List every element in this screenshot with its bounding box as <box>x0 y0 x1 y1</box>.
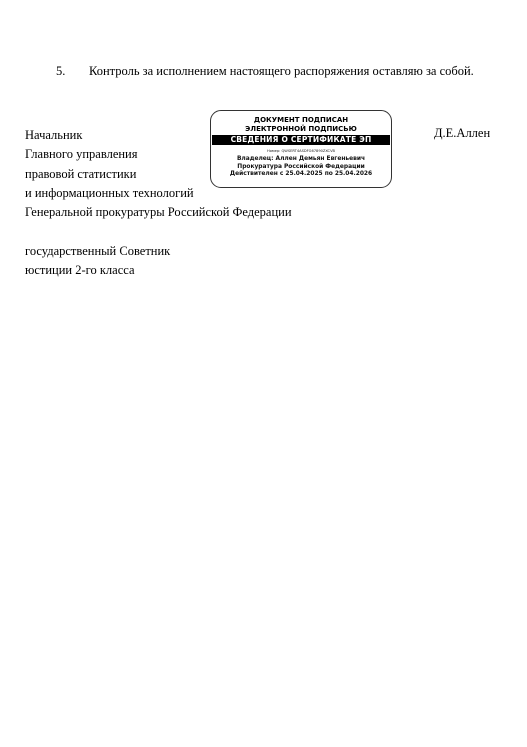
certificate-validity: Действителен с 25.04.2025 по 25.04.2026 <box>211 171 391 179</box>
stamp-title-line: ЭЛЕКТРОННОЙ ПОДПИСЬЮ <box>211 125 391 134</box>
spacer <box>25 222 292 241</box>
rank-line: юстиции 2-го класса <box>25 261 292 280</box>
certificate-details: Владелец: Аллен Демьян Евгеньевич Прокур… <box>211 156 391 179</box>
certificate-owner: Владелец: Аллен Демьян Евгеньевич <box>211 156 391 164</box>
certificate-info-bar: СВЕДЕНИЯ О СЕРТИФИКАТЕ ЭП <box>212 135 390 145</box>
stamp-title-line: ДОКУМЕНТ ПОДПИСАН <box>211 116 391 125</box>
position-line: Генеральной прокуратуры Российской Федер… <box>25 203 292 222</box>
paragraph-text: Контроль за исполнением настоящего распо… <box>89 64 474 79</box>
stamp-title: ДОКУМЕНТ ПОДПИСАН ЭЛЕКТРОННОЙ ПОДПИСЬЮ <box>211 116 391 134</box>
signer-name: Д.Е.Аллен <box>434 126 490 141</box>
rank-line: государственный Советник <box>25 242 292 261</box>
electronic-signature-stamp: ДОКУМЕНТ ПОДПИСАН ЭЛЕКТРОННОЙ ПОДПИСЬЮ С… <box>210 110 392 188</box>
certificate-serial: Номер: QWSERT4ASDFG67890ZXCVB <box>211 149 391 154</box>
paragraph-number: 5. <box>56 64 65 79</box>
